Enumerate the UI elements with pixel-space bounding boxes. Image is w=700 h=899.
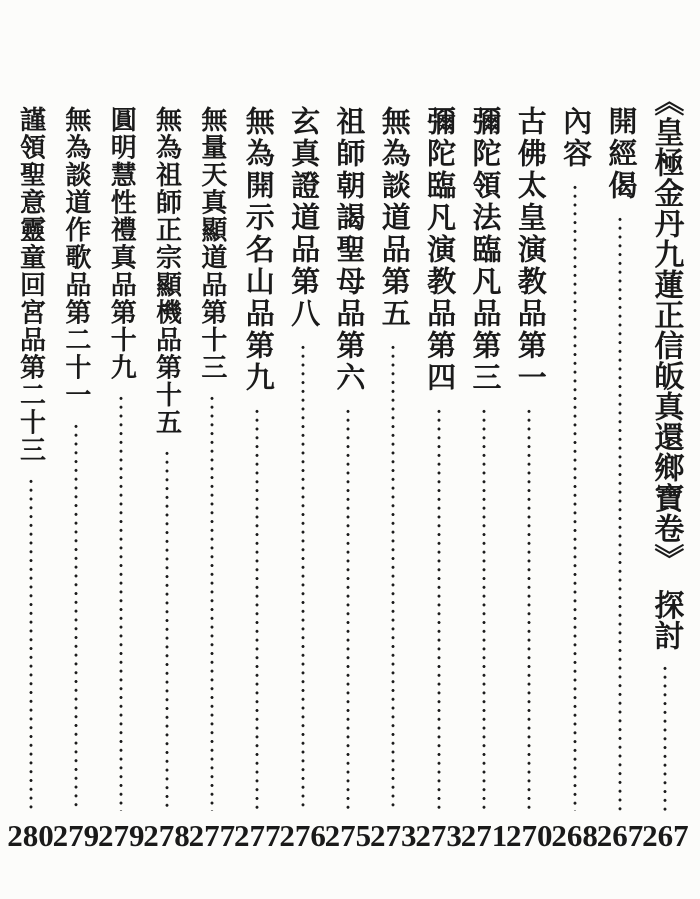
toc-entry: 彌陀臨凡演教品第四 273 (416, 86, 461, 851)
dotted-leader (618, 215, 622, 811)
toc-page: 《皇極金丹九蓮正信皈真還鄉寶卷》 探討 267 開經偈 267 內容 268 古… (0, 0, 700, 899)
toc-entry-page-number: 280 (7, 821, 54, 851)
dotted-leader (165, 449, 169, 811)
dotted-leader (391, 343, 395, 811)
toc-entry-title: 內容 (560, 106, 589, 170)
toc-entry-page-number: 267 (642, 821, 689, 851)
toc-entry-page-number: 273 (370, 821, 417, 851)
toc-entry-page-number: 279 (98, 821, 145, 851)
toc-entry: 祖師朝謁聖母品第六 275 (325, 86, 370, 851)
toc-entry-title: 彌陀臨凡演教品第四 (424, 106, 453, 394)
toc-entry-page-number: 268 (551, 821, 598, 851)
toc-entry: 古佛太皇演教品第一 270 (507, 86, 552, 851)
toc-entry-page-number: 277 (189, 821, 236, 851)
dotted-leader (119, 394, 123, 811)
dotted-leader (210, 394, 214, 811)
dotted-leader (29, 477, 33, 812)
dotted-leader (74, 422, 78, 812)
toc-entry: 內容 268 (552, 86, 597, 851)
toc-entry-page-number: 271 (461, 821, 508, 851)
dotted-leader (437, 407, 441, 811)
toc-entry-title: 無量天真顯道品第十三 (199, 106, 225, 381)
table-of-contents: 《皇極金丹九蓮正信皈真還鄉寶卷》 探討 267 開經偈 267 內容 268 古… (8, 86, 688, 851)
dotted-leader (663, 664, 667, 812)
dotted-leader (482, 407, 486, 811)
toc-entry-title: 謹領聖意靈童回宮品第二十三 (18, 106, 44, 464)
toc-entry-page-number: 275 (325, 821, 372, 851)
toc-entry-title: 祖師朝謁聖母品第六 (333, 106, 362, 394)
toc-entry-title: 開經偈 (605, 106, 634, 202)
toc-entry-page-number: 279 (53, 821, 100, 851)
toc-entry: 無為祖師正宗顯機品第十五 278 (144, 86, 189, 851)
toc-entry-page-number: 273 (415, 821, 462, 851)
toc-entry-title: 無為談道作歌品第二十一 (63, 106, 89, 409)
toc-entry: 玄真證道品第八 276 (280, 86, 325, 851)
toc-entry: 無量天真顯道品第十三 277 (189, 86, 234, 851)
toc-entry: 開經偈 267 (597, 86, 642, 851)
toc-entry-page-number: 278 (143, 821, 190, 851)
toc-entry-title: 《皇極金丹九蓮正信皈真還鄉寶卷》 探討 (650, 86, 680, 651)
dotted-leader (573, 183, 577, 811)
dotted-leader (255, 407, 259, 811)
toc-entry-title: 無為祖師正宗顯機品第十五 (154, 106, 180, 436)
toc-entry: 謹領聖意靈童回宮品第二十三 280 (8, 86, 53, 851)
toc-entry-page-number: 276 (279, 821, 326, 851)
toc-entry-title: 無為談道品第五 (379, 106, 408, 330)
toc-entry-page-number: 270 (506, 821, 553, 851)
toc-entry: 彌陀領法臨凡品第三 271 (461, 86, 506, 851)
toc-entry: 無為談道品第五 273 (371, 86, 416, 851)
toc-entry-title: 古佛太皇演教品第一 (515, 106, 544, 394)
toc-entry: 圓明慧性禮真品第十九 279 (99, 86, 144, 851)
toc-entry: 無為談道作歌品第二十一 279 (53, 86, 98, 851)
toc-entry-title: 玄真證道品第八 (288, 106, 317, 330)
toc-entry-title: 彌陀領法臨凡品第三 (469, 106, 498, 394)
dotted-leader (527, 407, 531, 811)
toc-entry: 《皇極金丹九蓮正信皈真還鄉寶卷》 探討 267 (643, 86, 688, 851)
dotted-leader (346, 407, 350, 811)
toc-entry: 無為開示名山品第九 277 (235, 86, 280, 851)
toc-entry-title: 圓明慧性禮真品第十九 (108, 106, 134, 381)
dotted-leader (301, 343, 305, 811)
toc-entry-page-number: 267 (597, 821, 644, 851)
toc-entry-page-number: 277 (234, 821, 281, 851)
toc-entry-title: 無為開示名山品第九 (243, 106, 272, 394)
